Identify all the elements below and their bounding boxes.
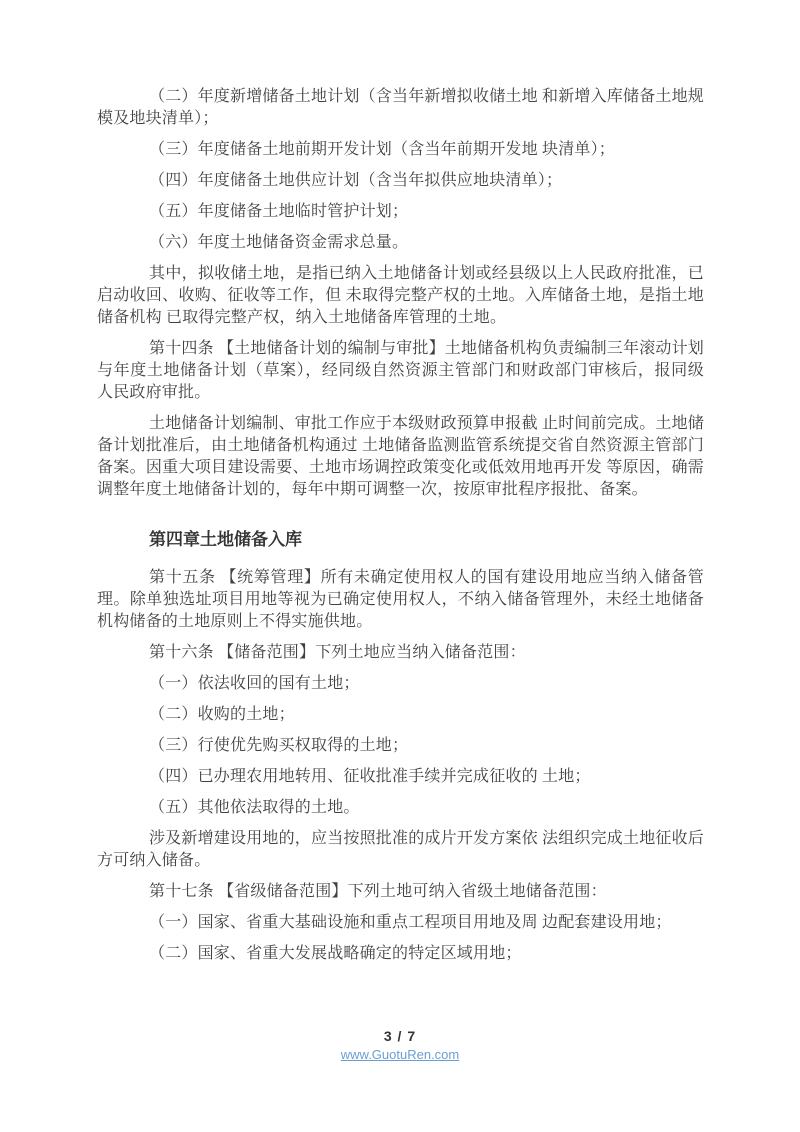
paragraph: （五）年度储备土地临时管护计划；: [97, 201, 704, 223]
paragraph: （一）依法收回的国有土地；: [97, 673, 704, 695]
paragraph: （一）国家、省重大基础设施和重点工程项目用地及周 边配套建设用地；: [97, 912, 704, 934]
paragraph: （四）年度储备土地供应计划（含当年拟供应地块清单）；: [97, 170, 704, 192]
paragraph: （二）收购的土地；: [97, 704, 704, 726]
page-number: 3 / 7: [0, 1028, 800, 1044]
paragraph: 第十七条 【省级储备范围】下列土地可纳入省级土地储备范围：: [97, 881, 704, 903]
chapter-heading: 第四章土地储备入库: [97, 528, 704, 552]
paragraph: 第十六条 【储备范围】下列土地应当纳入储备范围：: [97, 642, 704, 664]
document-body: （二）年度新增储备土地计划（含当年新增拟收储土地 和新增入库储备土地规模及地块清…: [0, 0, 800, 965]
paragraph: 土地储备计划编制、审批工作应于本级财政预算申报截 止时间前完成。土地储备计划批准…: [97, 413, 704, 501]
footer-link[interactable]: www.GuotuRen.com: [341, 1047, 460, 1062]
paragraph: 第十四条 【土地储备计划的编制与审批】土地储备机构负责编制三年滚动计划与年度土地…: [97, 338, 704, 404]
paragraph: （二）国家、省重大发展战略确定的特定区域用地；: [97, 943, 704, 965]
paragraph: 其中，拟收储土地，是指已纳入土地储备计划或经县级以上人民政府批准，已启动收回、收…: [97, 263, 704, 329]
paragraph: （三）年度储备土地前期开发计划（含当年前期开发地 块清单）；: [97, 139, 704, 161]
paragraph: （六）年度土地储备资金需求总量。: [97, 232, 704, 254]
paragraph: （二）年度新增储备土地计划（含当年新增拟收储土地 和新增入库储备土地规模及地块清…: [97, 86, 704, 130]
document-page: （二）年度新增储备土地计划（含当年新增拟收储土地 和新增入库储备土地规模及地块清…: [0, 0, 800, 1132]
paragraph: 涉及新增建设用地的，应当按照批准的成片开发方案依 法组织完成土地征收后方可纳入储…: [97, 828, 704, 872]
paragraph: 第十五条 【统筹管理】所有未确定使用权人的国有建设用地应当纳入储备管理。除单独选…: [97, 567, 704, 633]
page-footer: 3 / 7 www.GuotuRen.com: [0, 1028, 800, 1064]
paragraph: （五）其他依法取得的土地。: [97, 797, 704, 819]
paragraph: （四）已办理农用地转用、征收批准手续并完成征收的 土地；: [97, 766, 704, 788]
paragraph: （三）行使优先购买权取得的土地；: [97, 735, 704, 757]
